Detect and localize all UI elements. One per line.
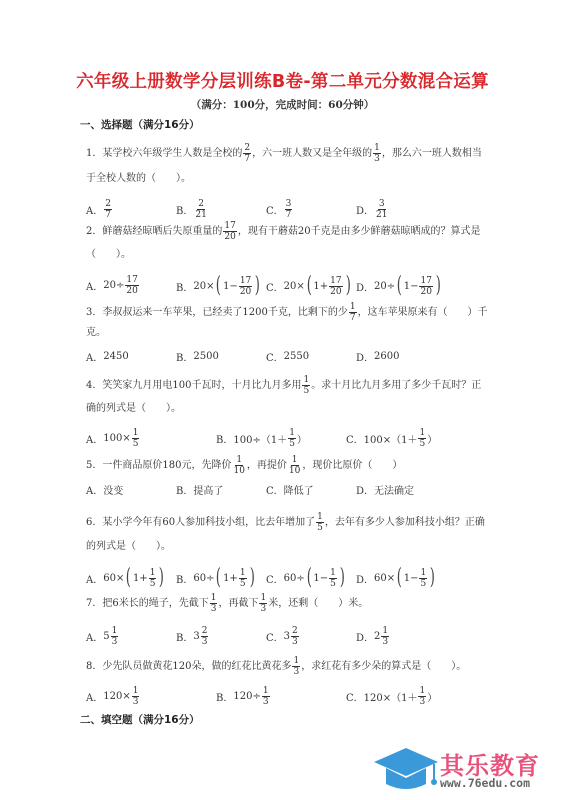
option-2-c[interactable]: C．20×(1+1720) [266, 275, 352, 297]
right-paren-icon: ) [345, 275, 350, 297]
option-2-a[interactable]: A．20÷1720 [86, 275, 140, 296]
option-6-c[interactable]: C．60÷(1−15) [266, 567, 346, 589]
option-5-a[interactable]: A．没变 [86, 482, 123, 497]
question-2-line2: （ ）。 [86, 248, 131, 262]
fraction: 13 [381, 626, 389, 647]
fraction: 15 [419, 568, 427, 589]
page-title: 六年级上册数学分层训练B卷-第二单元分数混合运算 [0, 68, 565, 93]
right-paren-icon: ) [430, 567, 435, 589]
fraction: 321 [375, 199, 388, 220]
question-1: 1．某学校六年级学生人数是全校的27，六一班人数又是全年级的13，那么六一班人数… [86, 143, 482, 164]
section-heading-choice: 一、选择题（满分16分） [80, 117, 200, 132]
right-paren-icon: ) [255, 275, 260, 297]
fraction: 15 [329, 568, 337, 589]
question-7: 7．把6米长的绳子，先截下13，再截下13米，还剩（ ）米。 [86, 593, 368, 614]
option-6-d[interactable]: D．60×(1−15) [356, 567, 437, 589]
option-2-b[interactable]: B．20×(1−1720) [176, 275, 262, 297]
question-8: 8．少先队员做黄花120朵，做的红花比黄花多13，求红花有多少朵的算式是（ ）。 [86, 656, 466, 677]
option-7-d[interactable]: D．213 [356, 626, 390, 647]
graduation-cap-icon [372, 740, 442, 796]
question-4: 4．笑笑家九月用电100千瓦时，十月比九月多用15。求十月比九月多用了多少千瓦时… [86, 375, 481, 396]
fraction: 13 [259, 593, 267, 614]
fraction: 23 [291, 626, 299, 647]
left-paren-icon: ( [216, 567, 221, 589]
fraction: 23 [201, 626, 209, 647]
question-3: 3．李叔叔运来一车苹果，已经卖了1200千克，比剩下的少17，这车苹果原来有（ … [86, 302, 488, 323]
question-3-line2: 克。 [86, 326, 106, 340]
question-4-line2: 确的列式是（ ）。 [86, 402, 181, 416]
option-8-a[interactable]: A．120×13 [86, 686, 140, 707]
option-1-d[interactable]: D．321 [356, 199, 389, 220]
fraction: 13 [210, 593, 218, 614]
left-paren-icon: ( [397, 275, 402, 297]
option-7-a[interactable]: A．513 [86, 626, 119, 647]
fraction: 15 [302, 375, 310, 396]
option-2-d[interactable]: D．20÷(1−1720) [356, 275, 443, 297]
fraction: 15 [316, 512, 324, 533]
page-subtitle: （满分：100分，完成时间：60分钟） [0, 97, 565, 112]
fraction: 15 [288, 428, 296, 449]
left-paren-icon: ( [397, 567, 402, 589]
option-8-b[interactable]: B．120÷13 [216, 686, 271, 707]
option-1-b[interactable]: B．221 [176, 199, 209, 220]
option-6-b[interactable]: B．60÷(1+15) [176, 567, 256, 589]
left-paren-icon: ( [306, 567, 311, 589]
right-paren-icon: ) [436, 275, 441, 297]
fraction: 15 [418, 428, 426, 449]
right-paren-icon: ) [340, 567, 345, 589]
fraction: 110 [288, 455, 301, 476]
section-heading-fill: 二、填空题（满分16分） [80, 712, 200, 727]
fraction: 1720 [329, 276, 342, 297]
option-3-b[interactable]: B．2500 [176, 349, 219, 364]
fraction: 13 [132, 686, 140, 707]
left-paren-icon: ( [306, 275, 311, 297]
question-1-line2: 于全校人数的（ ）。 [86, 172, 191, 186]
option-8-c[interactable]: C．120×（1＋13） [346, 686, 437, 707]
fraction: 27 [104, 199, 112, 220]
right-paren-icon: ) [159, 567, 164, 589]
fraction: 13 [418, 686, 426, 707]
fraction: 1720 [223, 221, 236, 242]
right-paren-icon: ) [249, 567, 254, 589]
fraction: 13 [292, 656, 300, 677]
fraction: 15 [149, 568, 157, 589]
option-3-a[interactable]: A．2450 [86, 349, 129, 364]
option-3-d[interactable]: D．2600 [356, 349, 399, 364]
option-7-c[interactable]: C．323 [266, 626, 300, 647]
fraction: 1720 [125, 275, 138, 296]
option-1-a[interactable]: A．27 [86, 199, 113, 220]
fraction: 13 [373, 143, 381, 164]
option-5-d[interactable]: D．无法确定 [356, 482, 414, 497]
fraction: 221 [194, 199, 207, 220]
option-1-c[interactable]: C．37 [266, 199, 293, 220]
fraction: 15 [132, 428, 140, 449]
option-4-c[interactable]: C．100×（1＋15） [346, 428, 437, 449]
option-6-a[interactable]: A．60×(1+15) [86, 567, 166, 589]
fraction: 37 [285, 199, 293, 220]
question-6-line2: 的列式是（ ）。 [86, 540, 171, 554]
question-2: 2．鲜蘑菇经晾晒后失原重量的1720，现有干蘑菇20千克是由多少鲜蘑菇晾晒成的？… [86, 221, 481, 242]
question-5: 5．一件商品原价180元，先降价110，再提价110，现价比原价（ ） [86, 455, 402, 476]
fraction: 1720 [419, 276, 432, 297]
fraction: 13 [262, 686, 270, 707]
fraction: 13 [111, 626, 119, 647]
fraction: 110 [232, 455, 245, 476]
option-3-c[interactable]: C．2550 [266, 349, 309, 364]
option-5-c[interactable]: C．降低了 [266, 482, 314, 497]
fraction: 15 [239, 568, 247, 589]
option-4-a[interactable]: A．100×15 [86, 428, 140, 449]
option-7-b[interactable]: B．323 [176, 626, 209, 647]
option-4-b[interactable]: B．100÷（1＋15） [216, 428, 307, 449]
option-5-b[interactable]: B．提高了 [176, 482, 223, 497]
left-paren-icon: ( [216, 275, 221, 297]
fraction: 17 [349, 302, 357, 323]
fraction: 27 [243, 143, 251, 164]
question-6: 6．某小学今年有60人参加科技小组，比去年增加了15，去年有多少人参加科技小组？… [86, 512, 485, 533]
left-paren-icon: ( [126, 567, 131, 589]
fraction: 1720 [239, 276, 252, 297]
watermark-url: www.76edu.com [440, 776, 530, 790]
